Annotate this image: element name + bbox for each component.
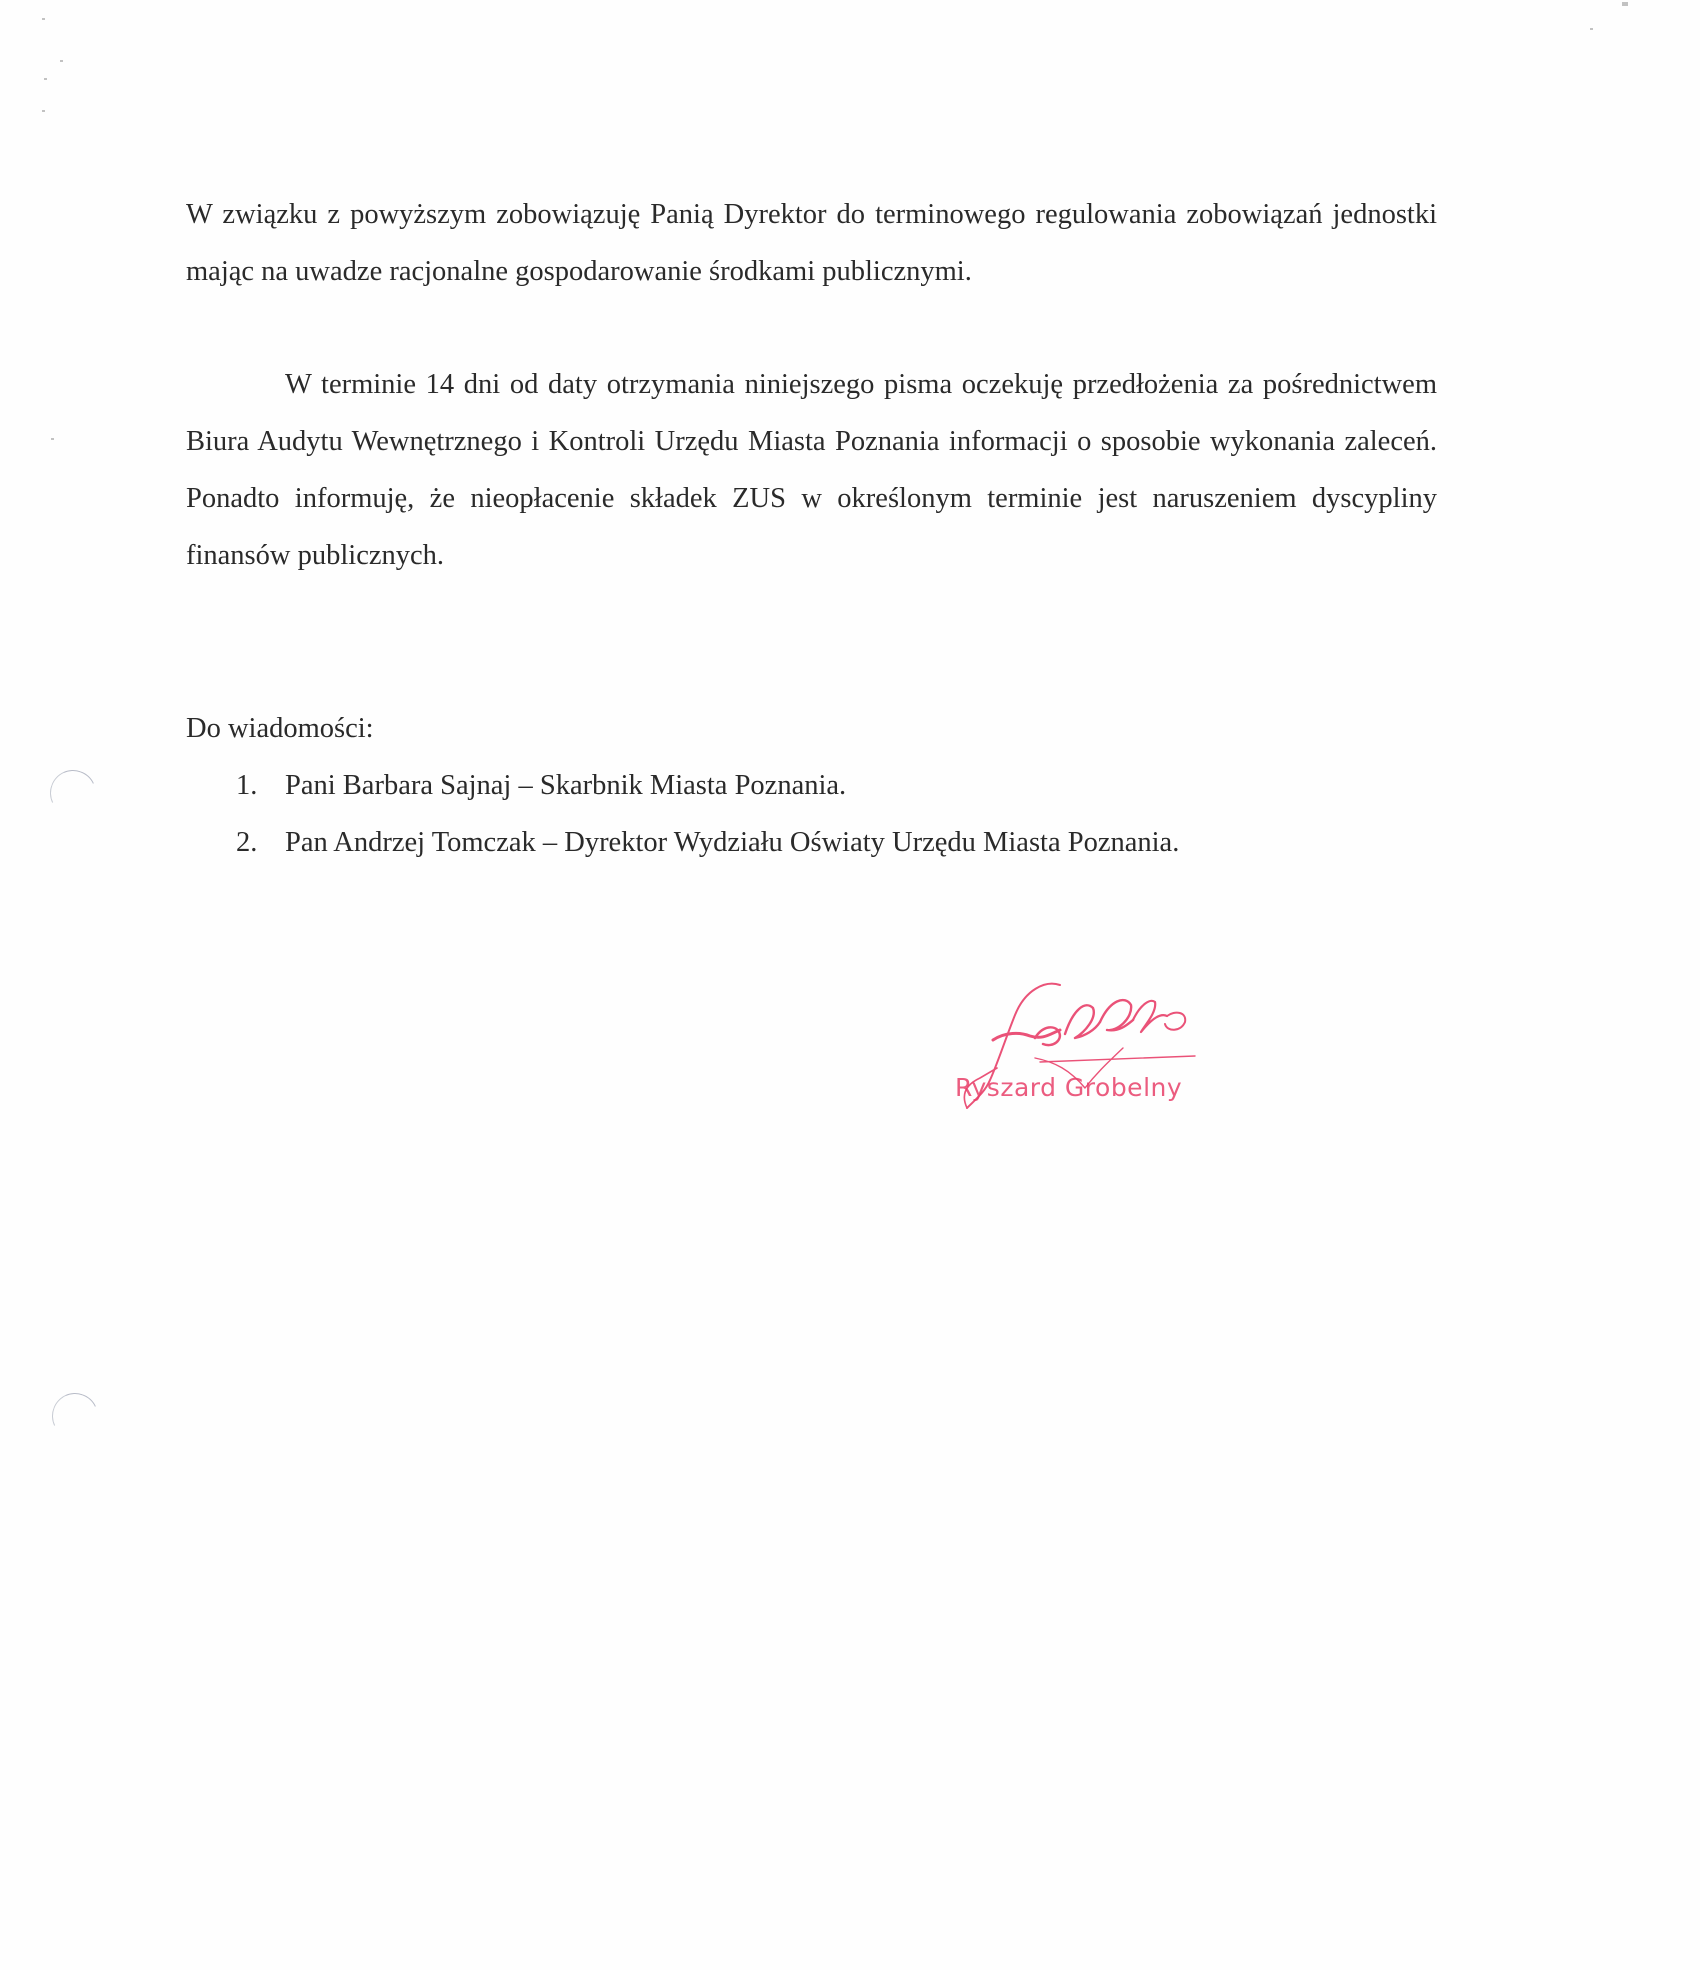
cc-list: 1. Pani Barbara Sajnaj – Skarbnik Miasta… xyxy=(236,757,1179,871)
scan-speck xyxy=(44,78,47,80)
cc-list-item: 2. Pan Andrzej Tomczak – Dyrektor Wydzia… xyxy=(236,814,1179,871)
punch-hole-mark xyxy=(46,1387,105,1446)
scan-speck xyxy=(60,60,63,62)
cc-item-number: 2. xyxy=(236,814,285,871)
cc-list-item: 1. Pani Barbara Sajnaj – Skarbnik Miasta… xyxy=(236,757,1179,814)
cc-item-text: Pani Barbara Sajnaj – Skarbnik Miasta Po… xyxy=(285,757,846,814)
scan-speck xyxy=(42,110,45,112)
paragraph-deadline: W terminie 14 dni od daty otrzymania nin… xyxy=(186,356,1437,584)
signature-stamp: Ryszard Grobelny xyxy=(955,1073,1182,1102)
scan-speck xyxy=(42,18,45,20)
paragraph-obligation: W związku z powyższym zobowiązuję Panią … xyxy=(186,186,1437,300)
scan-speck xyxy=(1590,28,1593,30)
punch-hole-mark xyxy=(44,764,103,823)
document-page: W związku z powyższym zobowiązuję Panią … xyxy=(0,0,1700,1970)
cc-item-text: Pan Andrzej Tomczak – Dyrektor Wydziału … xyxy=(285,814,1179,871)
scan-speck xyxy=(51,438,54,440)
scan-speck xyxy=(1622,2,1628,6)
cc-heading: Do wiadomości: xyxy=(186,700,374,757)
cc-item-number: 1. xyxy=(236,757,285,814)
